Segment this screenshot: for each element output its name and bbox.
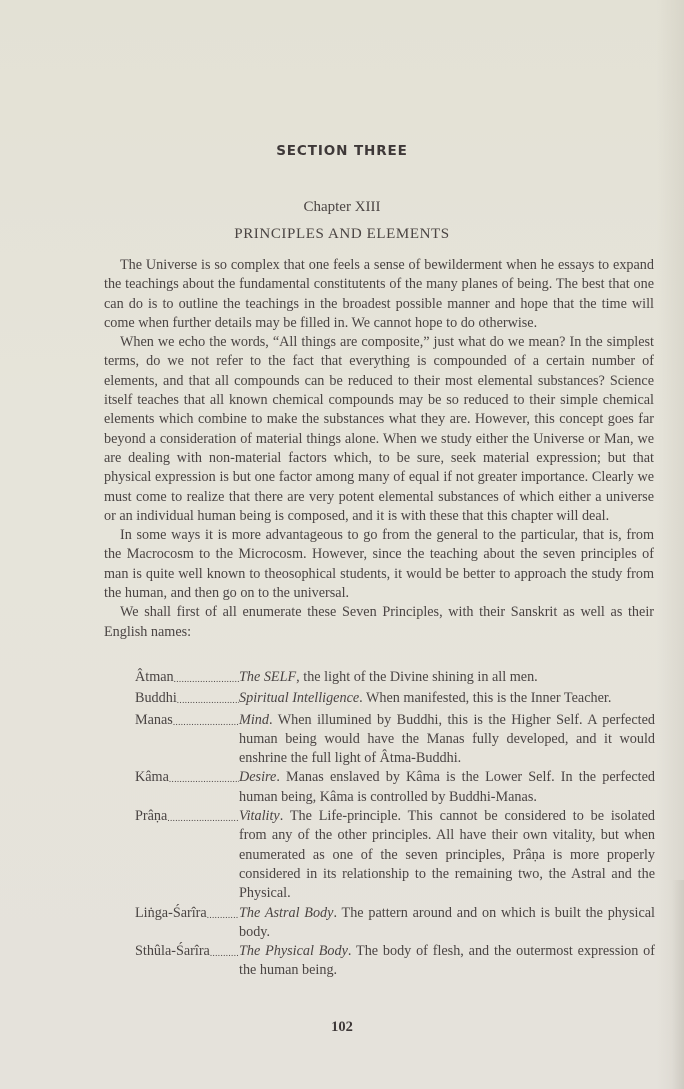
page-edge-shadow <box>672 880 684 1089</box>
paragraph: The Universe is so complex that one feel… <box>104 256 654 333</box>
principle-term: Prâṇa.............................. <box>135 807 239 828</box>
leader-dots: .............................. <box>169 768 239 789</box>
leader-dots: .............................. <box>167 807 239 828</box>
principle-term: Kâma.............................. <box>135 768 239 789</box>
principle-item-kama: Kâma.............................. Desir… <box>135 768 655 807</box>
english-name: Mind <box>239 712 269 728</box>
description: , the light of the Divine shining in all… <box>296 669 538 685</box>
leader-dots: .............................. <box>207 904 239 925</box>
principle-term: Buddhi.............................. <box>135 689 239 710</box>
english-name: The Astral Body <box>239 905 333 921</box>
principle-definition: Vitality. The Life-principle. This canno… <box>239 807 655 903</box>
description: . The Life-principle. This cannot be con… <box>239 808 655 901</box>
english-name: Vitality <box>239 808 280 824</box>
principle-definition: Spiritual Intelligence. When manifested,… <box>239 689 655 708</box>
principle-definition: Desire. Manas enslaved by Kâma is the Lo… <box>239 768 655 807</box>
principle-definition: The SELF, the light of the Divine shinin… <box>239 668 655 687</box>
principle-item-sthula-sarira: Sthûla-Śarîra...........................… <box>135 942 655 981</box>
principle-item-prana: Prâṇa.............................. Vita… <box>135 807 655 903</box>
principle-item-linga-sarira: Liṅga-Śarîra............................… <box>135 904 655 943</box>
leader-dots: .............................. <box>210 942 239 963</box>
section-heading: SECTION THREE <box>0 143 684 159</box>
page-number: 102 <box>0 1019 684 1036</box>
principle-item-atman: Âtman.............................. The … <box>135 668 655 689</box>
chapter-number: Chapter XIII <box>0 199 684 216</box>
principle-term: Liṅga-Śarîra............................… <box>135 904 239 925</box>
principle-term: Âtman.............................. <box>135 668 239 689</box>
sanskrit-name: Âtman <box>135 668 174 689</box>
book-page: SECTION THREE Chapter XIII PRINCIPLES AN… <box>0 0 684 1089</box>
paragraph: We shall first of all enumerate these Se… <box>104 603 654 642</box>
principle-term: Manas.............................. <box>135 711 239 732</box>
principle-definition: Mind. When illumined by Buddhi, this is … <box>239 711 655 769</box>
leader-dots: .............................. <box>174 668 239 689</box>
body-text: The Universe is so complex that one feel… <box>104 256 654 642</box>
english-name: The SELF <box>239 669 296 685</box>
principle-item-buddhi: Buddhi.............................. Spi… <box>135 689 655 710</box>
sanskrit-name: Sthûla-Śarîra <box>135 942 210 963</box>
sanskrit-name: Buddhi <box>135 689 177 710</box>
principle-definition: The Physical Body. The body of flesh, an… <box>239 942 655 981</box>
chapter-title: PRINCIPLES AND ELEMENTS <box>0 226 684 243</box>
english-name: Desire <box>239 769 276 785</box>
principle-definition: The Astral Body. The pattern around and … <box>239 904 655 943</box>
description: . When illumined by Buddhi, this is the … <box>239 712 655 767</box>
principle-item-manas: Manas.............................. Mind… <box>135 711 655 769</box>
description: . When manifested, this is the Inner Tea… <box>359 690 611 706</box>
principles-list: Âtman.............................. The … <box>135 668 655 981</box>
paragraph: When we echo the words, “All things are … <box>104 333 654 526</box>
sanskrit-name: Kâma <box>135 768 169 789</box>
description: . Manas enslaved by Kâma is the Lower Se… <box>239 769 655 804</box>
leader-dots: .............................. <box>177 689 239 710</box>
english-name: Spiritual Intelligence <box>239 690 359 706</box>
leader-dots: .............................. <box>173 711 239 732</box>
sanskrit-name: Liṅga-Śarîra <box>135 904 207 925</box>
sanskrit-name: Manas <box>135 711 173 732</box>
paragraph: In some ways it is more advantageous to … <box>104 526 654 603</box>
english-name: The Physical Body <box>239 943 348 959</box>
principle-term: Sthûla-Śarîra...........................… <box>135 942 239 963</box>
sanskrit-name: Prâṇa <box>135 807 167 828</box>
